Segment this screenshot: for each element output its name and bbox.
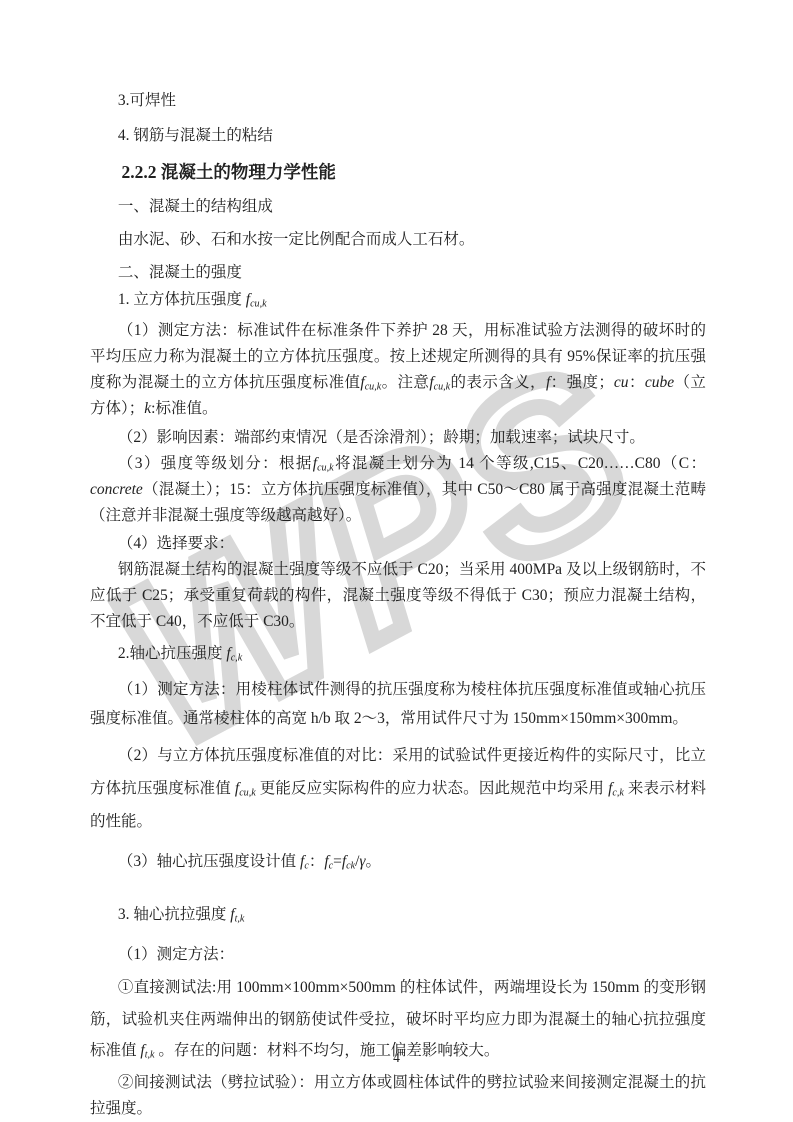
line-axial-compressive-strength: 2.轴心抗压强度 fc,k <box>90 639 706 669</box>
para-comparison-with-cube: （2）与立方体抗压强度标准值的对比：采用的试验试件更接近构件的实际尺寸，比立方体… <box>90 739 706 838</box>
line-design-value-formula: （3）轴心抗压强度设计值 fc：fc=fck/γ。 <box>90 848 706 876</box>
line-selection-requirements: （4）选择要求： <box>90 531 706 557</box>
line-concrete-strength: 二、混凝土的强度 <box>90 260 706 286</box>
para-grade-requirements: 钢筋混凝土结构的混凝土强度等级不应低于 C20；当采用 400MPa 及以上级钢… <box>90 557 706 635</box>
para-cube-measurement-method: （1）测定方法：标准试件在标准条件下养护 28 天，用标准试验方法测得的破坏时的… <box>90 318 706 422</box>
para-composition: 由水泥、砂、石和水按一定比例配合而成人工石材。 <box>90 227 706 253</box>
line-tensile-measurement-method: （1）测定方法： <box>90 942 706 968</box>
line-cube-compressive-strength: 1. 立方体抗压强度 fcu,k <box>90 286 706 314</box>
line-structure-composition: 一、混凝土的结构组成 <box>90 194 706 220</box>
para-prism-measurement-method: （1）测定方法：用棱柱体试件测得的抗压强度称为棱柱体抗压强度标准值或轴心抗压强度… <box>90 675 706 733</box>
para-indirect-test-method: ②间接测试法（劈拉试验）：用立方体或圆柱体试件的劈拉试验来间接测定混凝土的抗拉强… <box>90 1070 706 1122</box>
heading-2-2-2: 2.2.2 混凝土的物理力学性能 <box>90 157 706 187</box>
line-rebar-concrete-bond: 4. 钢筋与混凝土的粘结 <box>90 123 706 149</box>
page-number: 4 <box>0 1050 793 1066</box>
para-strength-grades: （3）强度等级划分：根据fcu,k将混凝土划分为 14 个等级,C15、C20…… <box>90 451 706 529</box>
para-influence-factors: （2）影响因素：端部约束情况（是否涂滑剂）；龄期；加载速率；试块尺寸。 <box>90 425 706 451</box>
line-weldability: 3.可焊性 <box>90 88 706 114</box>
document-body: 3.可焊性 4. 钢筋与混凝土的粘结 2.2.2 混凝土的物理力学性能 一、混凝… <box>0 0 793 1122</box>
document-page: WPS 3.可焊性 4. 钢筋与混凝土的粘结 2.2.2 混凝土的物理力学性能 … <box>0 0 793 1122</box>
line-axial-tensile-strength: 3. 轴心抗拉强度 ft,k <box>90 900 706 930</box>
